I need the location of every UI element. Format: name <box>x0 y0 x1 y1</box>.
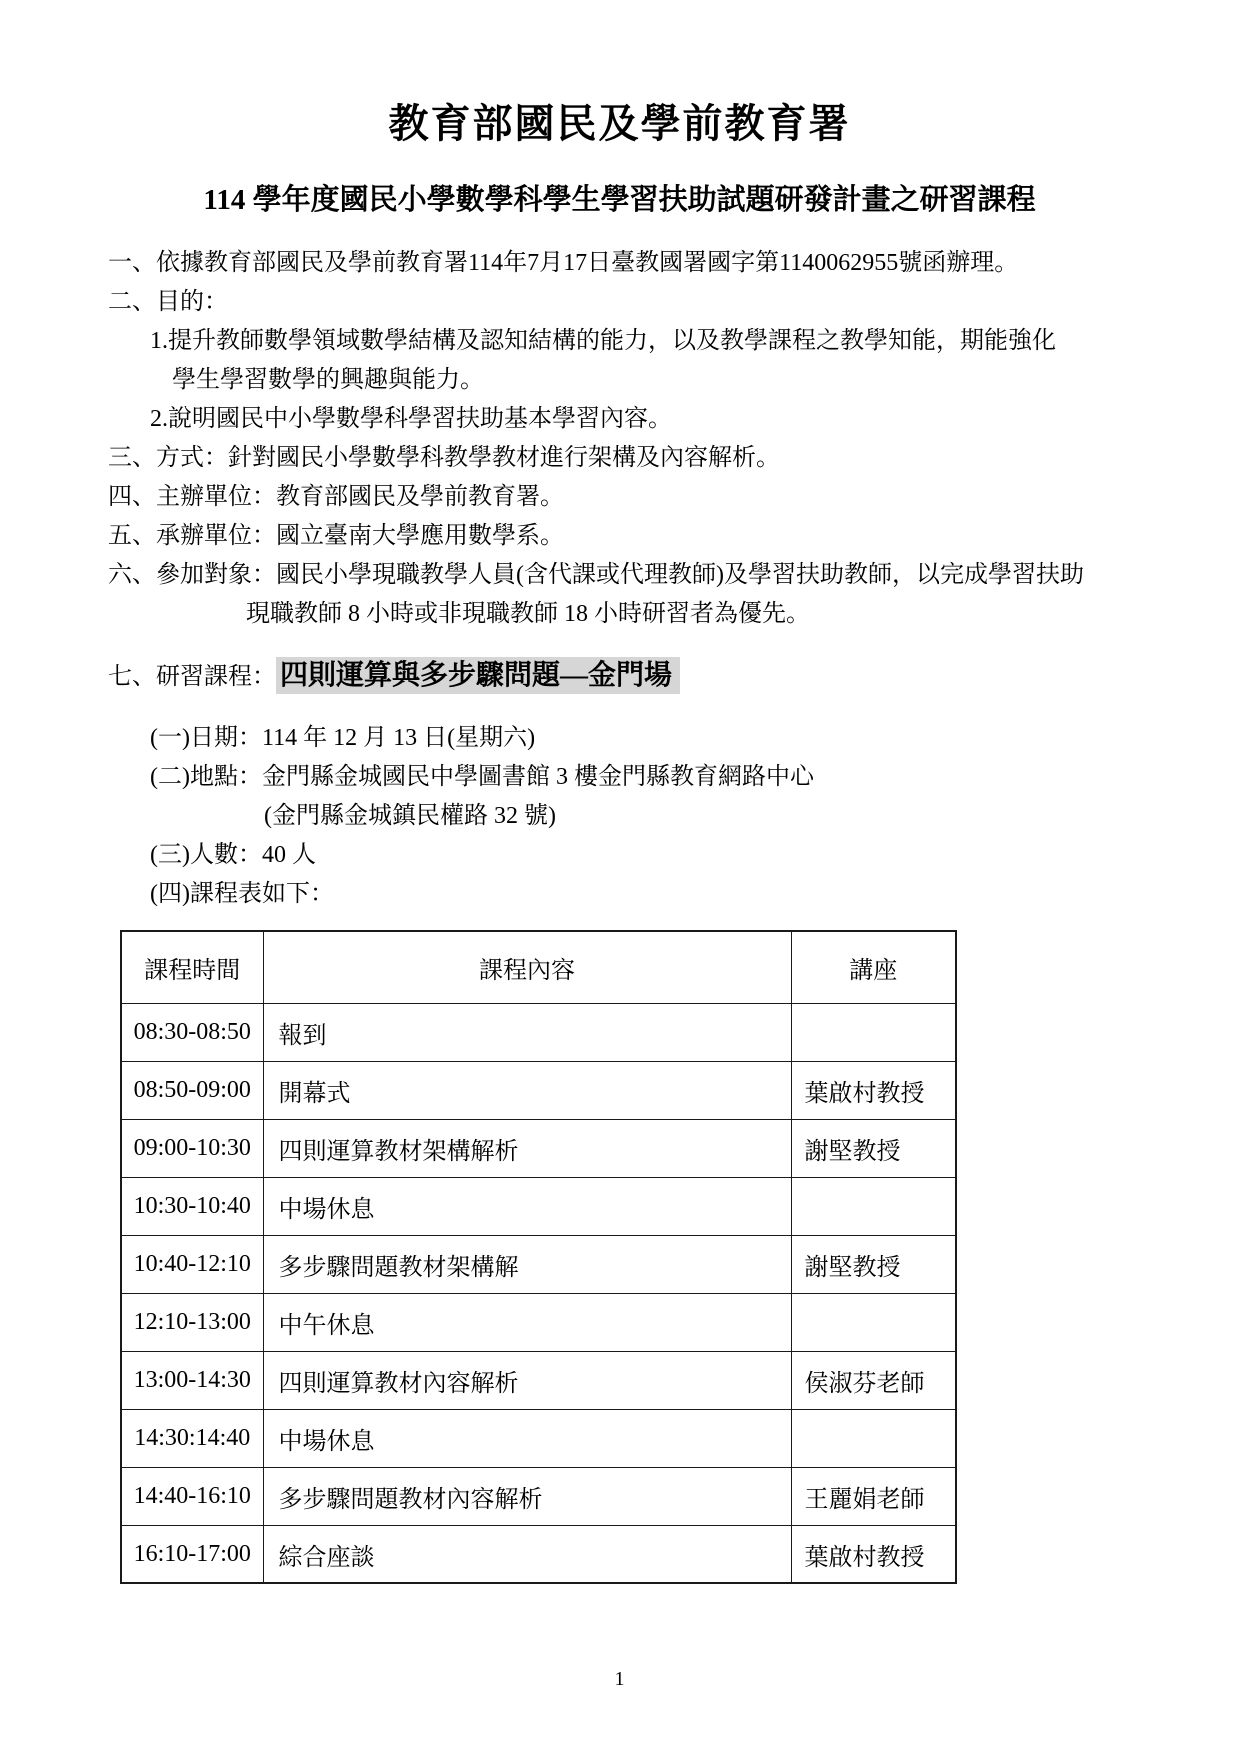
header-speaker: 講座 <box>791 931 956 1003</box>
cell-content: 多步驟問題教材架構解 <box>263 1235 791 1293</box>
cell-speaker: 王麗娟老師 <box>791 1467 956 1525</box>
line-count: (三)人數：40 人 <box>108 836 1131 875</box>
table-row: 09:00-10:30 四則運算教材架構解析 謝堅教授 <box>121 1119 956 1177</box>
line-purpose-2: 2.說明國民中小學數學科學習扶助基本學習內容。 <box>108 400 1131 439</box>
line-venue-a: (二)地點：金門縣金城國民中學圖書館 3 樓金門縣教育網路中心 <box>108 758 1131 797</box>
cell-content: 報到 <box>263 1003 791 1061</box>
line-schedule-intro: (四)課程表如下： <box>108 875 1131 914</box>
cell-time: 14:40-16:10 <box>121 1467 263 1525</box>
cell-time: 09:00-10:30 <box>121 1119 263 1177</box>
cell-content: 四則運算教材內容解析 <box>263 1351 791 1409</box>
line-basis: 一、依據教育部國民及學前教育署114年7月17日臺教國署國字第114006295… <box>108 244 1131 283</box>
line-participants-b: 現職教師 8 小時或非現職教師 18 小時研習者為優先。 <box>108 595 1131 634</box>
cell-content: 開幕式 <box>263 1061 791 1119</box>
table-row: 08:30-08:50 報到 <box>121 1003 956 1061</box>
table-row: 08:50-09:00 開幕式 葉啟村教授 <box>121 1061 956 1119</box>
table-row: 16:10-17:00 綜合座談 葉啟村教授 <box>121 1525 956 1583</box>
cell-speaker <box>791 1003 956 1061</box>
table-row: 10:40-12:10 多步驟問題教材架構解 謝堅教授 <box>121 1235 956 1293</box>
line-participants-a: 六、參加對象：國民小學現職教學人員(含代課或代理教師)及學習扶助教師，以完成學習… <box>108 556 1131 595</box>
cell-time: 08:50-09:00 <box>121 1061 263 1119</box>
cell-speaker <box>791 1409 956 1467</box>
cell-speaker: 謝堅教授 <box>791 1235 956 1293</box>
table-row: 14:40-16:10 多步驟問題教材內容解析 王麗娟老師 <box>121 1467 956 1525</box>
table-row: 14:30:14:40 中場休息 <box>121 1409 956 1467</box>
course-prefix: 七、研習課程： <box>108 664 276 690</box>
table-row: 13:00-14:30 四則運算教材內容解析 侯淑芬老師 <box>121 1351 956 1409</box>
line-organizer: 四、主辦單位：教育部國民及學前教育署。 <box>108 478 1131 517</box>
cell-content: 中場休息 <box>263 1177 791 1235</box>
cell-time: 12:10-13:00 <box>121 1293 263 1351</box>
cell-speaker: 葉啟村教授 <box>791 1525 956 1583</box>
table-header-row: 課程時間 課程內容 講座 <box>121 931 956 1003</box>
line-purpose-heading: 二、目的： <box>108 283 1131 322</box>
line-method: 三、方式：針對國民小學數學科教學教材進行架構及內容解析。 <box>108 439 1131 478</box>
line-course: 七、研習課程：四則運算與多步驟問題—金門場 <box>108 656 1131 697</box>
document-title: 教育部國民及學前教育署 <box>108 100 1131 148</box>
cell-speaker <box>791 1177 956 1235</box>
line-venue-b: (金門縣金城鎮民權路 32 號) <box>108 797 1131 836</box>
cell-content: 多步驟問題教材內容解析 <box>263 1467 791 1525</box>
cell-time: 14:30:14:40 <box>121 1409 263 1467</box>
line-date: (一)日期：114 年 12 月 13 日(星期六) <box>108 719 1131 758</box>
line-purpose-1a: 1.提升教師數學領域數學結構及認知結構的能力，以及教學課程之教學知能，期能強化 <box>108 322 1131 361</box>
cell-time: 16:10-17:00 <box>121 1525 263 1583</box>
cell-time: 13:00-14:30 <box>121 1351 263 1409</box>
header-course-time: 課程時間 <box>121 931 263 1003</box>
cell-speaker: 葉啟村教授 <box>791 1061 956 1119</box>
header-course-content: 課程內容 <box>263 931 791 1003</box>
table-row: 12:10-13:00 中午休息 <box>121 1293 956 1351</box>
cell-speaker <box>791 1293 956 1351</box>
cell-time: 10:30-10:40 <box>121 1177 263 1235</box>
cell-speaker: 侯淑芬老師 <box>791 1351 956 1409</box>
document-subtitle: 114 學年度國民小學數學科學生學習扶助試題研發計畫之研習課程 <box>108 182 1131 218</box>
cell-content: 中場休息 <box>263 1409 791 1467</box>
document-page: 教育部國民及學前教育署 114 學年度國民小學數學科學生學習扶助試題研發計畫之研… <box>0 0 1241 1755</box>
table-row: 10:30-10:40 中場休息 <box>121 1177 956 1235</box>
page-number: 1 <box>108 1668 1131 1691</box>
cell-time: 10:40-12:10 <box>121 1235 263 1293</box>
line-purpose-1b: 學生學習數學的興趣與能力。 <box>108 361 1131 400</box>
line-executor: 五、承辦單位：國立臺南大學應用數學系。 <box>108 517 1131 556</box>
cell-content: 中午休息 <box>263 1293 791 1351</box>
cell-content: 綜合座談 <box>263 1525 791 1583</box>
cell-speaker: 謝堅教授 <box>791 1119 956 1177</box>
course-highlight: 四則運算與多步驟問題—金門場 <box>276 657 680 694</box>
cell-time: 08:30-08:50 <box>121 1003 263 1061</box>
cell-content: 四則運算教材架構解析 <box>263 1119 791 1177</box>
course-schedule-table: 課程時間 課程內容 講座 08:30-08:50 報到 08:50-09:00 … <box>120 930 957 1584</box>
